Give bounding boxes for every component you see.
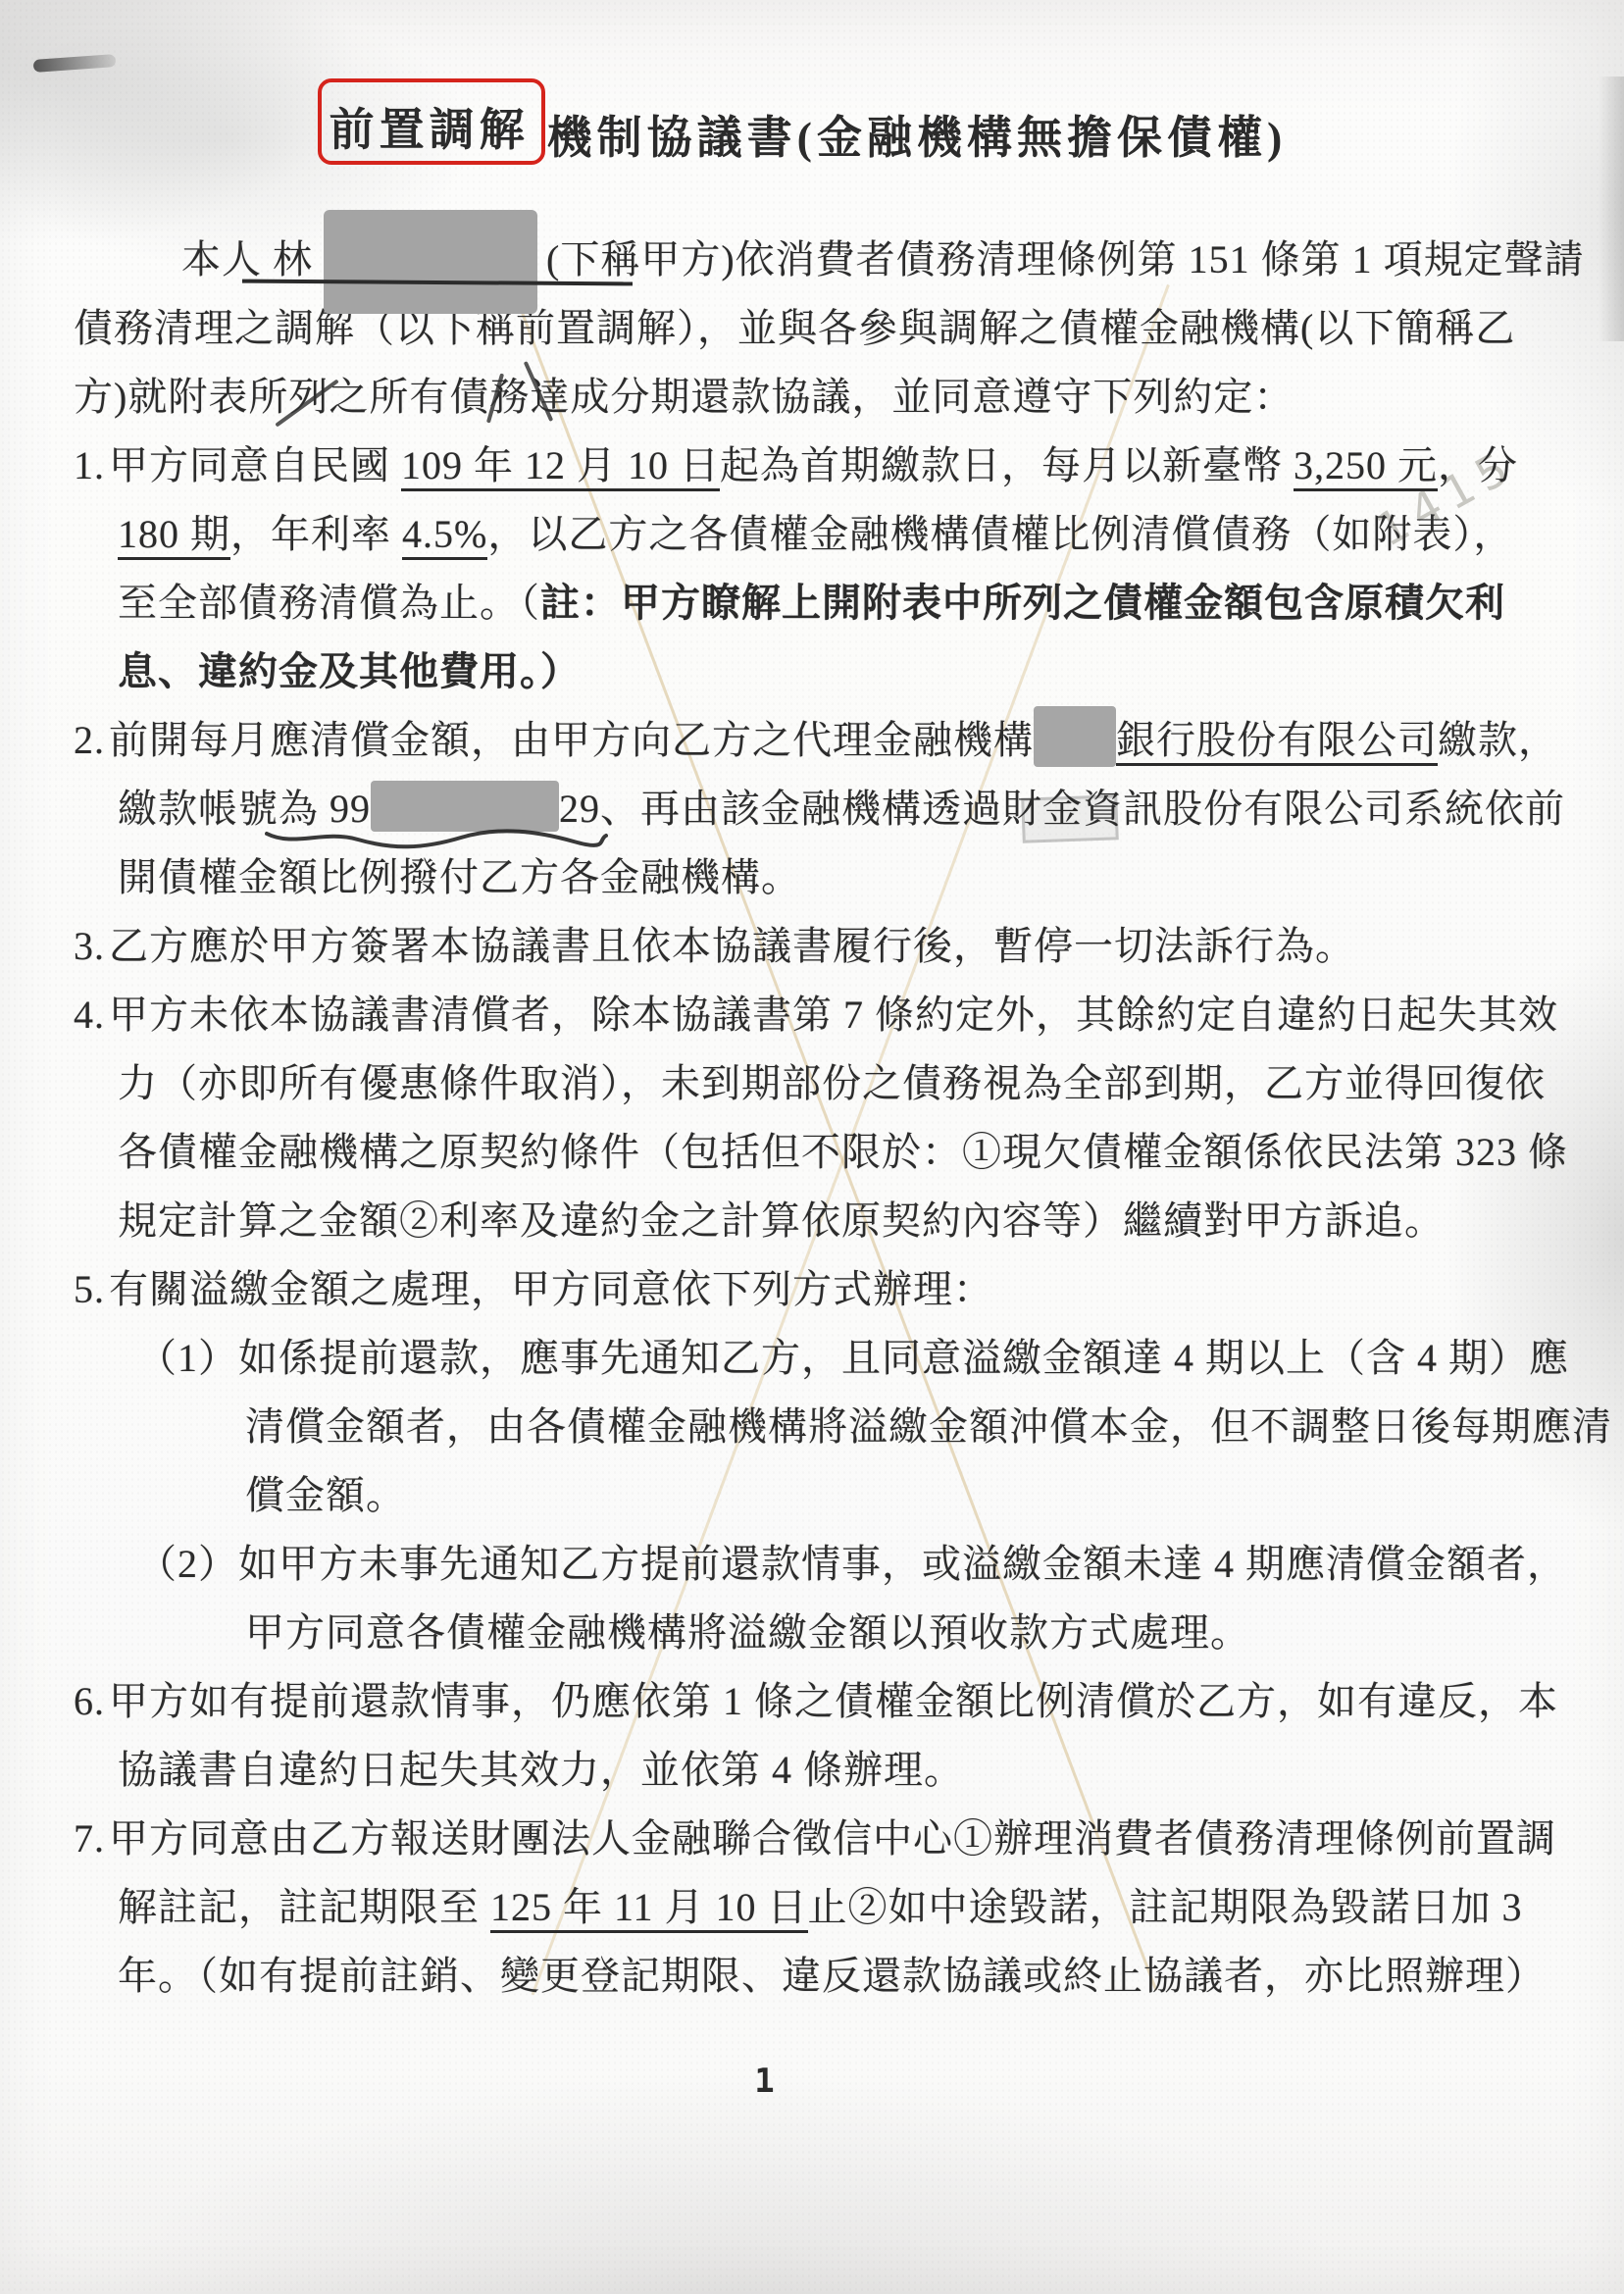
intro-line-1: 本人 林(下稱甲方)依消費者債務清理條例第 151 條第 1 項規定聲請 — [74, 226, 1531, 294]
bank-name-underlined: 銀行股份有限公司 — [1116, 718, 1438, 766]
clause-6-text: 甲方如有提前還款情事，仍應依第 1 條之債權金額比例清償於乙方，如有違反，本 — [109, 1679, 1558, 1723]
clause-4-line-1: 4.甲方未依本協議書清償者，除本協議書第 7 條約定外，其餘約定自違約日起失其效 — [74, 981, 1531, 1049]
title-rest-text: 機制協議書(金融機構無擔保債權) — [547, 113, 1288, 163]
clause-1: 1.甲方同意自民國 109 年 12 月 10 日起為首期繳款日，每月以新臺幣 … — [74, 432, 1531, 706]
clause-7-text: 甲方同意由乙方報送財團法人金融聯合徵信中心①辦理消費者債務清理條例前置調 — [109, 1816, 1556, 1861]
clause-5-line-1: 5.有關溢繳金額之處理，甲方同意依下列方式辦理： — [74, 1255, 1531, 1324]
clause-1-line-3: 至全部債務清償為止。（註：甲方瞭解上開附表中所列之債權金額包含原積欠利 — [74, 569, 1531, 637]
clause-6-line-1: 6.甲方如有提前還款情事，仍應依第 1 條之債權金額比例清償於乙方，如有違反，本 — [74, 1667, 1531, 1736]
intro-line-3: 方)就附表所列之所有債務達成分期還款協議，並同意遵守下列約定： — [74, 363, 1531, 432]
clause-2-number: 2. — [74, 718, 105, 762]
clause-1-line-4: 息、違約金及其他費用。） — [74, 637, 1531, 706]
clause-1-note-bold: 註：甲方瞭解上開附表中所列之債權金額包含原積欠利 — [540, 581, 1505, 625]
clause-1-text: 甲方同意自民國 — [109, 443, 401, 487]
account-number-suffix: 29 — [559, 787, 600, 831]
clause-5-item-1-line-1: （1）如係提前還款，應事先通知乙方，且同意溢繳金額達 4 期以上（含 4 期）應 — [74, 1324, 1531, 1393]
intro-paragraph: 本人 林(下稱甲方)依消費者債務清理條例第 151 條第 1 項規定聲請 債務清… — [74, 226, 1531, 432]
clause-1-number: 1. — [74, 443, 105, 487]
page-number: 1 — [36, 2062, 1494, 2101]
clause-2-text: 繳款， — [1438, 718, 1558, 762]
clause-5-item-2-line-2: 甲方同意各債權金融機構將溢繳金額以預收款方式處理。 — [74, 1599, 1531, 1667]
redaction-box-name — [324, 210, 537, 314]
clause-5-item-1-line-2: 清償金額者，由各債權金融機構將溢繳金額沖償本金，但不調整日後每期應清 — [74, 1393, 1531, 1461]
clause-4-line-2: 力（亦即所有優惠條件取消），未到期部份之債務視為全部到期，乙方並得回復依 — [74, 1049, 1531, 1118]
clause-2-line-1: 2.前開每月應清償金額，由甲方向乙方之代理金融機構銀行股份有限公司繳款， — [74, 706, 1531, 775]
scanned-agreement-page: 1415 0920 前置調解機制協議書(金融機構無擔保債權) 本人 林(下稱甲方… — [0, 0, 1624, 2294]
intro-prefix: 本人 — [181, 237, 262, 281]
clause-7-number: 7. — [74, 1816, 105, 1861]
clause-1-text: 起為首期繳款日，每月以新臺幣 — [720, 443, 1294, 487]
intro-after-name: (下稱甲方)依消費者債務清理條例第 151 條第 1 項規定聲請 — [546, 237, 1585, 281]
interest-rate-underlined: 4.5% — [402, 512, 487, 560]
clause-5-item-1-line-3: 償金額。 — [74, 1461, 1531, 1530]
clause-3-line-1: 3.乙方應於甲方簽署本協議書且依本協議書履行後，暫停一切法訴行為。 — [74, 912, 1531, 981]
clause-4: 4.甲方未依本協議書清償者，除本協議書第 7 條約定外，其餘約定自違約日起失其效… — [74, 981, 1531, 1255]
clause-2-line-2: 繳款帳號為 9929、再由該金融機構透過財金資訊股份有限公司系統依前 — [74, 775, 1531, 843]
first-payment-date-underlined: 109 年 12 月 10 日 — [401, 443, 720, 491]
clause-3: 3.乙方應於甲方簽署本協議書且依本協議書履行後，暫停一切法訴行為。 — [74, 912, 1531, 981]
debtor-name-visible: 林 — [273, 237, 313, 281]
clause-4-line-3: 各債權金融機構之原契約條件（包括但不限於：①現欠債權金額係依民法第 323 條 — [74, 1118, 1531, 1187]
clause-2-text: 前開每月應清償金額，由甲方向乙方之代理金融機構 — [109, 718, 1034, 762]
clause-5-number: 5. — [74, 1267, 105, 1311]
clause-6-line-2: 協議書自違約日起失其效力，並依第 4 條辦理。 — [74, 1736, 1531, 1805]
title-boxed-text: 前置調解 — [330, 105, 530, 155]
document-body: 前置調解機制協議書(金融機構無擔保債權) 本人 林(下稱甲方)依消費者債務清理條… — [0, 0, 1624, 2101]
clause-4-line-4: 規定計算之金額②利率及違約金之計算依原契約內容等）繼續對甲方訴追。 — [74, 1187, 1531, 1255]
clause-2-line-3: 開債權金額比例撥付乙方各金融機構。 — [74, 843, 1531, 912]
clause-1-line-2: 180 期，年利率 4.5%，以乙方之各債權金融機構債權比例清償債務（如附表）， — [74, 500, 1531, 569]
document-title: 前置調解機制協議書(金融機構無擔保債權) — [74, 86, 1531, 163]
clause-7: 7.甲方同意由乙方報送財團法人金融聯合徵信中心①辦理消費者債務清理條例前置調 解… — [74, 1805, 1531, 2011]
clause-7-text: 解註記，註記期限至 — [118, 1885, 490, 1929]
red-annotation-box: 前置調解 — [318, 78, 545, 165]
clause-4-number: 4. — [74, 993, 105, 1037]
clause-2-text: 、再由該金融機構透過財金資訊股份有限公司系統依前 — [600, 787, 1565, 831]
clause-7-line-1: 7.甲方同意由乙方報送財團法人金融聯合徵信中心①辦理消費者債務清理條例前置調 — [74, 1805, 1531, 1873]
clause-7-line-3: 年。（如有提前註銷、變更登記期限、違反還款協議或終止協議者，亦比照辦理） — [74, 1942, 1531, 2011]
clause-5: 5.有關溢繳金額之處理，甲方同意依下列方式辦理： （1）如係提前還款，應事先通知… — [74, 1255, 1531, 1667]
clause-3-number: 3. — [74, 924, 105, 968]
intro-line-2: 債務清理之調解（以下稱前置調解），並與各參與調解之債權金融機構(以下簡稱乙 — [74, 294, 1531, 363]
clause-1-text: 至全部債務清償為止。（ — [118, 581, 540, 625]
registry-deadline-underlined: 125 年 11 月 10 日 — [490, 1885, 808, 1933]
installments-underlined: 180 期 — [118, 512, 230, 560]
clause-4-text: 甲方未依本協議書清償者，除本協議書第 7 條約定外，其餘約定自違約日起失其效 — [109, 993, 1558, 1037]
clause-1-text: ，以乙方之各債權金融機構債權比例清償債務（如附表）， — [487, 512, 1513, 556]
clause-6-number: 6. — [74, 1679, 105, 1723]
clause-6: 6.甲方如有提前還款情事，仍應依第 1 條之債權金額比例清償於乙方，如有違反，本… — [74, 1667, 1531, 1805]
clause-3-text: 乙方應於甲方簽署本協議書且依本協議書履行後，暫停一切法訴行為。 — [109, 924, 1355, 968]
clause-5-item-2-line-1: （2）如甲方未事先通知乙方提前還款情事，或溢繳金額未達 4 期應清償金額者， — [74, 1530, 1531, 1599]
clause-7-line-2: 解註記，註記期限至 125 年 11 月 10 日止②如中途毀諾，註記期限為毀諾… — [74, 1873, 1531, 1942]
monthly-amount-underlined: 3,250 元 — [1294, 443, 1438, 491]
redaction-box-bank — [1034, 706, 1116, 767]
clause-1-line-1: 1.甲方同意自民國 109 年 12 月 10 日起為首期繳款日，每月以新臺幣 … — [74, 432, 1531, 500]
clause-7-text: 止②如中途毀諾，註記期限為毀諾日加 3 — [808, 1885, 1523, 1929]
account-number-prefix: 繳款帳號為 99 — [118, 787, 371, 831]
clause-1-text: ，年利率 — [230, 512, 402, 556]
clause-2: 2.前開每月應清償金額，由甲方向乙方之代理金融機構銀行股份有限公司繳款， 繳款帳… — [74, 706, 1531, 912]
clause-5-text: 有關溢繳金額之處理，甲方同意依下列方式辦理： — [109, 1267, 993, 1311]
clause-1-text: ，分 — [1438, 443, 1518, 487]
redaction-box-account — [371, 781, 559, 832]
